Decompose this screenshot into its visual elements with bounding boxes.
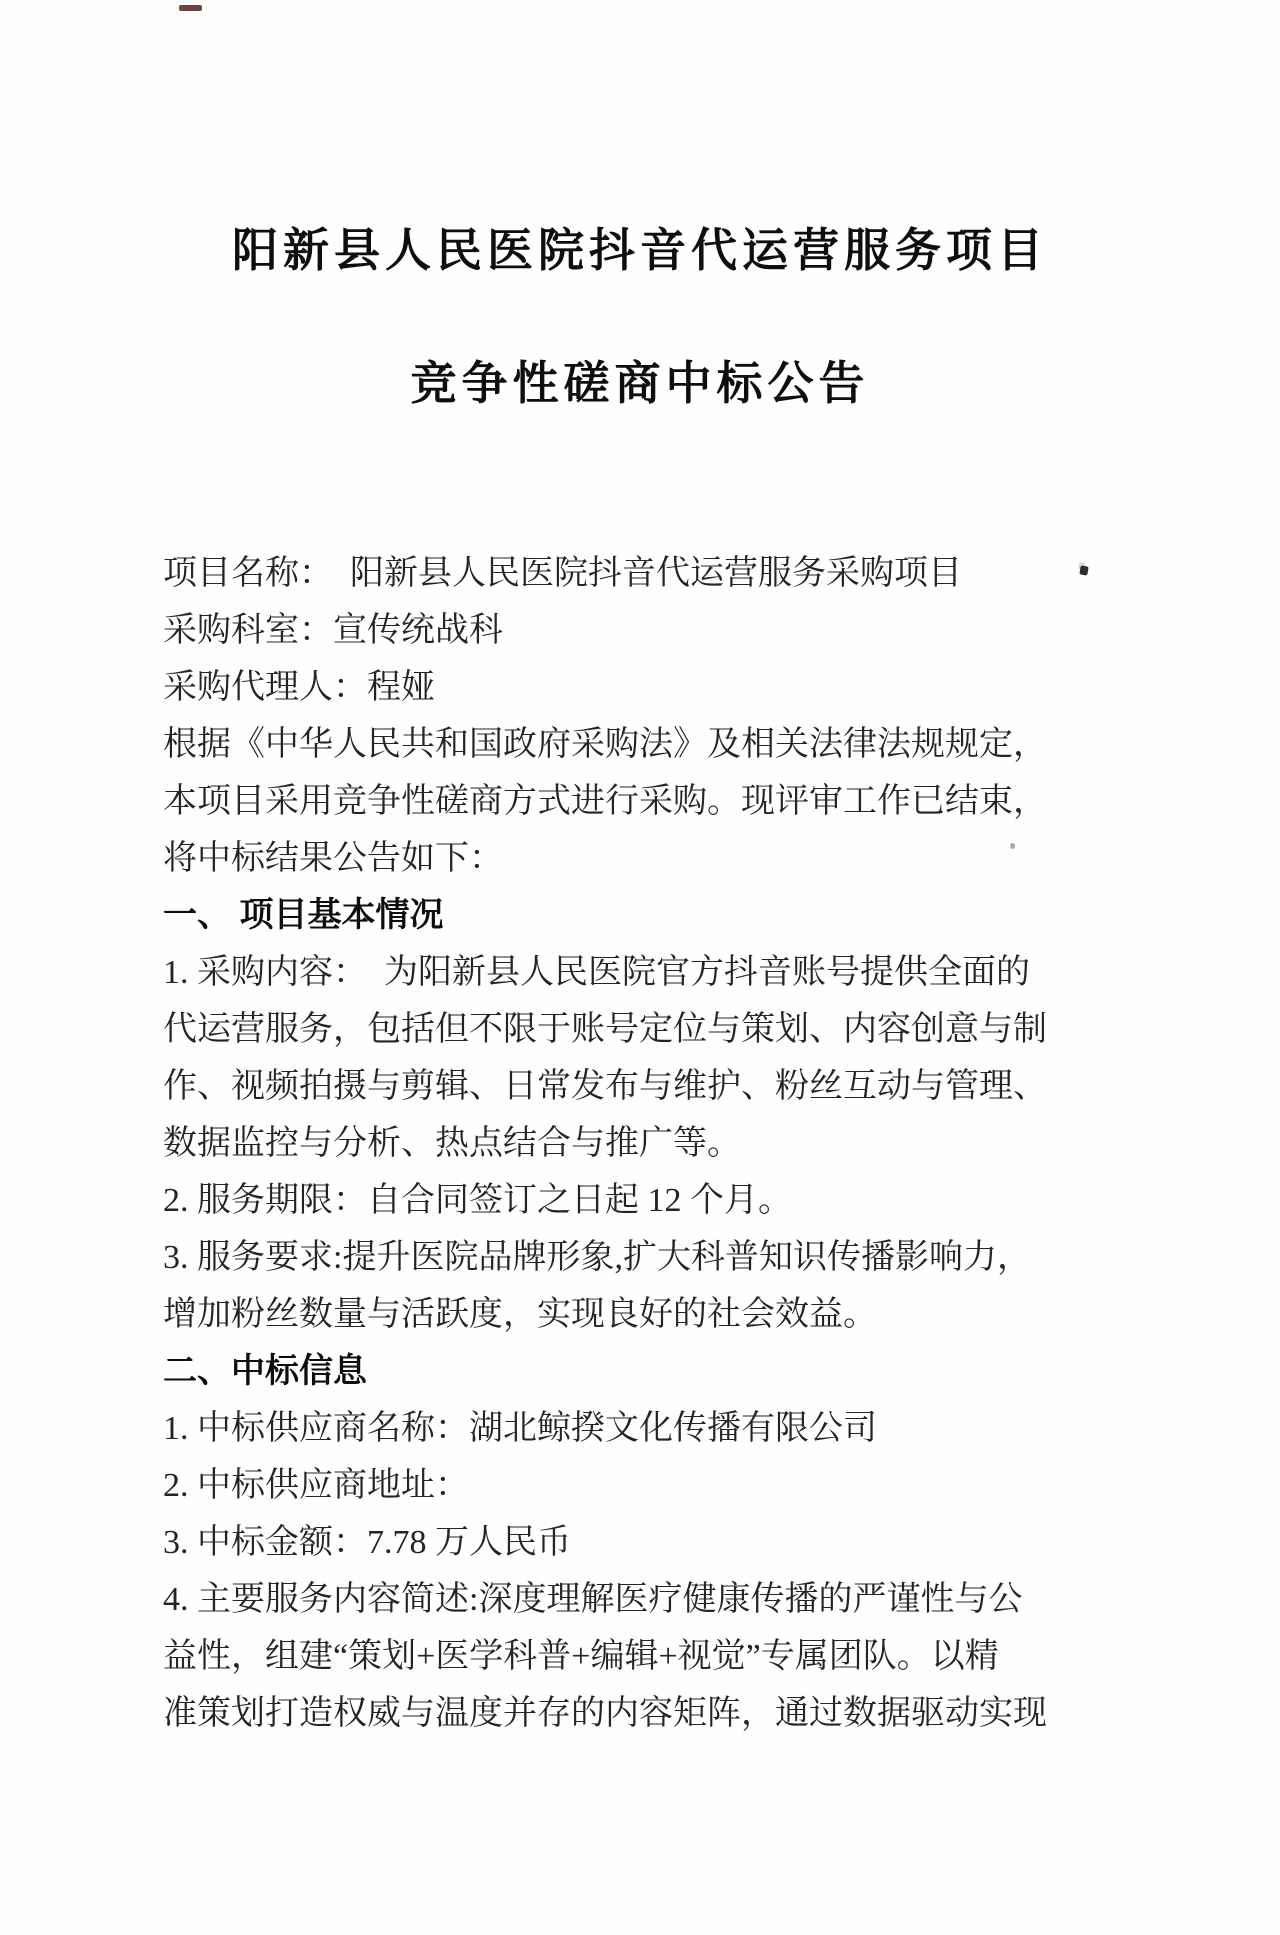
line-service-summary-1: 4. 主要服务内容简述:深度理解医疗健康传播的严谨性与公 xyxy=(163,1571,1123,1628)
line-procure-content-3: 作、视频拍摄与剪辑、日常发布与维护、粉丝互动与管理、 xyxy=(163,1058,1123,1115)
line-procure-content-4: 数据监控与分析、热点结合与推广等。 xyxy=(163,1115,1123,1172)
line-winner-address: 2. 中标供应商地址： xyxy=(163,1457,1123,1514)
document-body: 项目名称： 阳新县人民医院抖音代运营服务采购项目 采购科室：宣传统战科 采购代理… xyxy=(163,545,1123,1742)
line-winner-name: 1. 中标供应商名称：湖北鲸揆文化传播有限公司 xyxy=(163,1400,1123,1457)
line-procure-content-1: 1. 采购内容： 为阳新县人民医院官方抖音账号提供全面的 xyxy=(163,944,1123,1001)
line-procure-content-2: 代运营服务，包括但不限于账号定位与策划、内容创意与制 xyxy=(163,1001,1123,1058)
line-legal-basis-1: 根据《中华人民共和国政府采购法》及相关法律法规规定， xyxy=(163,716,1123,773)
line-procuring-dept: 采购科室：宣传统战科 xyxy=(163,602,1123,659)
line-service-period: 2. 服务期限：自合同签订之日起 12 个月。 xyxy=(163,1172,1123,1229)
line-winning-amount: 3. 中标金额：7.78 万人民币 xyxy=(163,1514,1123,1571)
line-legal-basis-3: 将中标结果公告如下： xyxy=(163,830,1123,887)
line-procuring-agent: 采购代理人：程娅 xyxy=(163,659,1123,716)
document-title-line2: 竞争性磋商中标公告 xyxy=(0,356,1280,412)
scanned-document-page: 阳新县人民医院抖音代运营服务项目 竞争性磋商中标公告 项目名称： 阳新县人民医院… xyxy=(0,0,1280,1935)
line-service-summary-3: 准策划打造权威与温度并存的内容矩阵，通过数据驱动实现 xyxy=(163,1685,1123,1742)
document-title-line1: 阳新县人民医院抖音代运营服务项目 xyxy=(0,223,1280,279)
line-service-summary-2: 益性，组建“策划+医学科普+编辑+视觉”专属团队。以精 xyxy=(163,1628,1123,1685)
scan-mark-dash xyxy=(179,5,202,11)
section-heading-1: 一、 项目基本情况 xyxy=(163,887,1123,944)
line-service-req-1: 3. 服务要求:提升医院品牌形象,扩大科普知识传播影响力， xyxy=(163,1229,1123,1286)
section-heading-2: 二、中标信息 xyxy=(163,1343,1123,1400)
line-project-name: 项目名称： 阳新县人民医院抖音代运营服务采购项目 xyxy=(163,545,1123,602)
line-service-req-2: 增加粉丝数量与活跃度，实现良好的社会效益。 xyxy=(163,1286,1123,1343)
line-legal-basis-2: 本项目采用竞争性磋商方式进行采购。现评审工作已结束， xyxy=(163,773,1123,830)
